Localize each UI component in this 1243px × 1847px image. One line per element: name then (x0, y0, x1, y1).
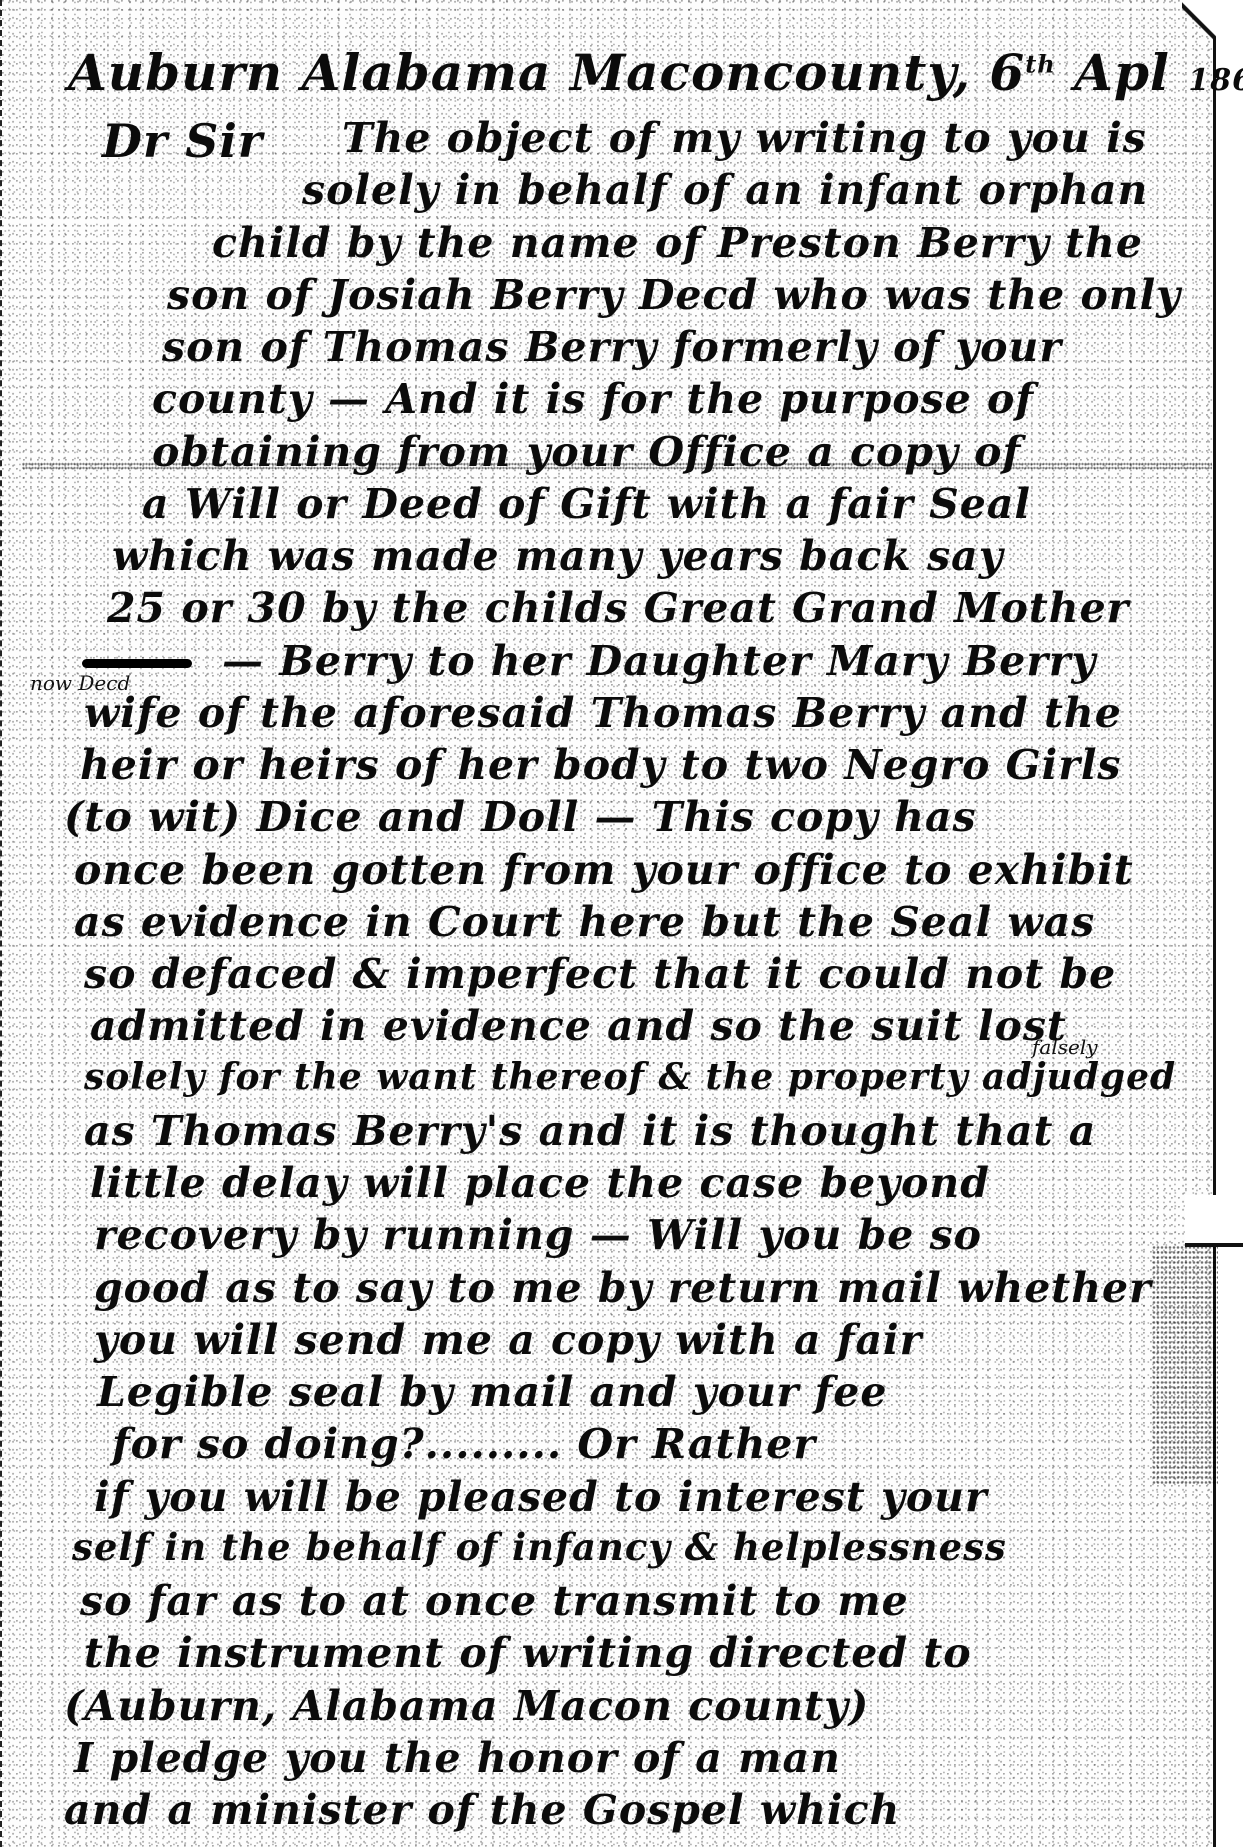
letter-line: as evidence in Court here but the Seal w… (74, 902, 1095, 943)
letter-page: Auburn Alabama Maconcounty, 6th Apl 1862… (0, 0, 1216, 1847)
letter-line: which was made many years back say (112, 536, 1004, 577)
letter-line: I pledge you the honor of a man (74, 1738, 841, 1779)
letter-line: child by the name of Preston Berry the (212, 223, 1143, 264)
letter-line: Legible seal by mail and your fee (97, 1372, 887, 1413)
letter-line: son of Thomas Berry formerly of your (162, 327, 1062, 368)
letter-line: for so doing?......... Or Rather (112, 1424, 816, 1465)
letter-line: good as to say to me by return mail whet… (94, 1268, 1152, 1309)
page-edge-shadow (1152, 1245, 1218, 1485)
letter-line: heir or heirs of her body to two Negro G… (80, 745, 1122, 786)
letter-line: once been gotten from your office to exh… (74, 850, 1134, 891)
letter-line: (Auburn, Alabama Macon county) (64, 1686, 869, 1727)
heading-month: Apl (1074, 43, 1170, 102)
letter-line: if you will be pleased to interest your (94, 1477, 988, 1518)
letter-line: solely for the want thereof & the proper… (84, 1059, 1176, 1095)
letter-line: recovery by running — Will you be so (94, 1215, 982, 1256)
letter-line: county — And it is for the purpose of (152, 379, 1034, 420)
heading-day-suffix: th (1025, 49, 1056, 78)
letter-line: — Berry to her Daughter Mary Berry (222, 641, 1096, 682)
heading-place: Auburn Alabama Maconcounty, (68, 43, 971, 102)
letter-line: 25 or 30 by the childs Great Grand Mothe… (107, 588, 1129, 629)
letter-line: (to wit) Dice and Doll — This copy has (64, 797, 977, 838)
blank-name-dash (82, 659, 192, 668)
letter-line: self in the behalf of infancy & helpless… (72, 1529, 1007, 1566)
letter-line: The object of my writing to you is (342, 118, 1147, 159)
heading-year: 1862 (1188, 63, 1243, 98)
letter-line: you will send me a copy with a fair (94, 1320, 922, 1361)
letter-line: obtaining from your Office a copy of (152, 432, 1021, 473)
letter-heading: Auburn Alabama Maconcounty, 6th Apl 1862 (68, 48, 1243, 98)
letter-line: the instrument of writing directed to (84, 1633, 972, 1674)
letter-line: a Will or Deed of Gift with a fair Seal (142, 484, 1031, 525)
letter-line: and a minister of the Gospel which (64, 1790, 900, 1831)
letter-line: son of Josiah Berry Decd who was the onl… (167, 275, 1181, 316)
letter-line: so defaced & imperfect that it could not… (84, 954, 1116, 995)
letter-line: little delay will place the case beyond (90, 1163, 990, 1204)
letter-line: solely in behalf of an infant orphan (302, 170, 1148, 211)
heading-day: 6 (989, 43, 1025, 102)
letter-line: wife of the aforesaid Thomas Berry and t… (84, 693, 1122, 734)
torn-page-notch (1185, 1195, 1243, 1247)
letter-line: as Thomas Berry's and it is thought that… (84, 1111, 1096, 1152)
letter-line: so far as to at once transmit to me (80, 1581, 909, 1622)
letter-line: admitted in evidence and so the suit los… (90, 1006, 1067, 1047)
salutation: Dr Sir (102, 118, 263, 164)
